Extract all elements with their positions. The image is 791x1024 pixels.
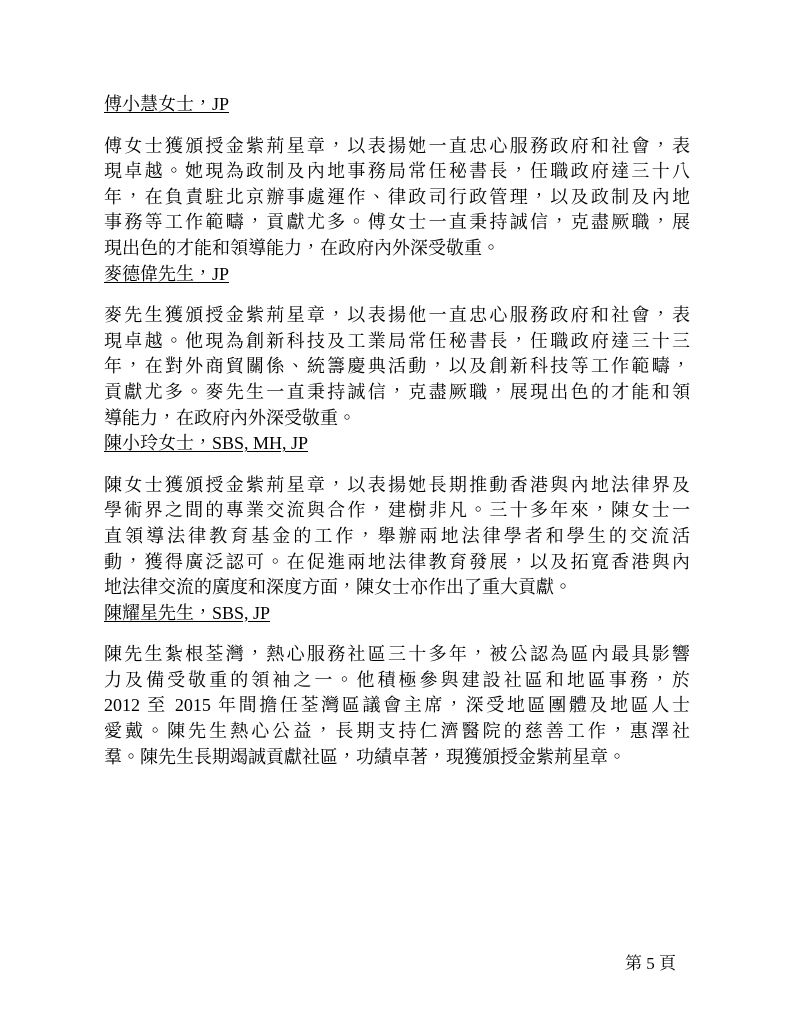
text-line: 現出色的才能和領導能力，在政府內外深受敬重。 [104, 236, 690, 262]
text-line: 學術界之間的專業交流與合作，建樹非凡。三十多年來，陳女士一 [104, 498, 690, 524]
citation-paragraph: 陳女士獲頒授金紫荊星章，以表揚她長期推動香港與內地法律界及 學術界之間的專業交流… [104, 473, 690, 601]
text-line: 現卓越。她現為政制及內地事務局常任秘書長，任職政府達三十八 [104, 159, 690, 185]
award-citation-section: 傅小慧女士，JP 傅女士獲頒授金紫荊星章，以表揚她一直忠心服務政府和社會，表 現… [104, 92, 690, 262]
recipient-name-heading: 陳小玲女士，SBS, MH, JP [104, 431, 690, 457]
text-line: 貢獻尤多。麥先生一直秉持誠信，克盡厥職，展現出色的才能和領 [104, 380, 690, 406]
text-line: 直領導法律教育基金的工作，舉辦兩地法律學者和學生的交流活 [104, 524, 690, 550]
text-line: 現卓越。他現為創新科技及工業局常任秘書長，任職政府達三十三 [104, 329, 690, 355]
text-line: 事務等工作範疇，貢獻尤多。傅女士一直秉持誠信，克盡厥職，展 [104, 210, 690, 236]
award-citation-section: 陳耀星先生，SBS, JP 陳先生紮根荃灣，熱心服務社區三十多年，被公認為區內最… [104, 601, 690, 771]
award-citation-section: 陳小玲女士，SBS, MH, JP 陳女士獲頒授金紫荊星章，以表揚她長期推動香港… [104, 431, 690, 601]
text-line: 麥先生獲頒授金紫荊星章，以表揚他一直忠心服務政府和社會，表 [104, 303, 690, 329]
citation-paragraph: 陳先生紮根荃灣，熱心服務社區三十多年，被公認為區內最具影響 力及備受敬重的領袖之… [104, 642, 690, 770]
text-line: 陳女士獲頒授金紫荊星章，以表揚她長期推動香港與內地法律界及 [104, 473, 690, 499]
recipient-name-heading: 麥德偉先生，JP [104, 262, 690, 288]
recipient-name-heading: 傅小慧女士，JP [104, 92, 690, 118]
text-line: 愛戴。陳先生熱心公益，長期支持仁濟醫院的慈善工作，惠澤社 [104, 719, 690, 745]
recipient-name-heading: 陳耀星先生，SBS, JP [104, 601, 690, 627]
text-line: 年，在負責駐北京辦事處運作、律政司行政管理，以及政制及內地 [104, 185, 690, 211]
text-line: 羣。陳先生長期竭誠貢獻社區，功績卓著，現獲頒授金紫荊星章。 [104, 745, 690, 771]
text-line: 陳先生紮根荃灣，熱心服務社區三十多年，被公認為區內最具影響 [104, 642, 690, 668]
text-line: 地法律交流的廣度和深度方面，陳女士亦作出了重大貢獻。 [104, 575, 690, 601]
text-line: 力及備受敬重的領袖之一。他積極參與建設社區和地區事務，於 [104, 668, 690, 694]
citation-paragraph: 傅女士獲頒授金紫荊星章，以表揚她一直忠心服務政府和社會，表 現卓越。她現為政制及… [104, 134, 690, 262]
text-line: 年，在對外商貿關係、統籌慶典活動，以及創新科技等工作範疇， [104, 354, 690, 380]
document-page: 傅小慧女士，JP 傅女士獲頒授金紫荊星章，以表揚她一直忠心服務政府和社會，表 現… [0, 0, 791, 1024]
text-line: 動，獲得廣泛認可。在促進兩地法律教育發展，以及拓寬香港與內 [104, 550, 690, 576]
award-citation-section: 麥德偉先生，JP 麥先生獲頒授金紫荊星章，以表揚他一直忠心服務政府和社會，表 現… [104, 262, 690, 432]
citation-paragraph: 麥先生獲頒授金紫荊星章，以表揚他一直忠心服務政府和社會，表 現卓越。他現為創新科… [104, 303, 690, 431]
text-line: 導能力，在政府內外深受敬重。 [104, 406, 690, 432]
document-body: 傅小慧女士，JP 傅女士獲頒授金紫荊星章，以表揚她一直忠心服務政府和社會，表 現… [104, 92, 690, 770]
text-line: 傅女士獲頒授金紫荊星章，以表揚她一直忠心服務政府和社會，表 [104, 134, 690, 160]
page-number: 第 5 頁 [625, 951, 676, 977]
text-line: 2012 至 2015 年間擔任荃灣區議會主席，深受地區團體及地區人士 [104, 693, 690, 719]
